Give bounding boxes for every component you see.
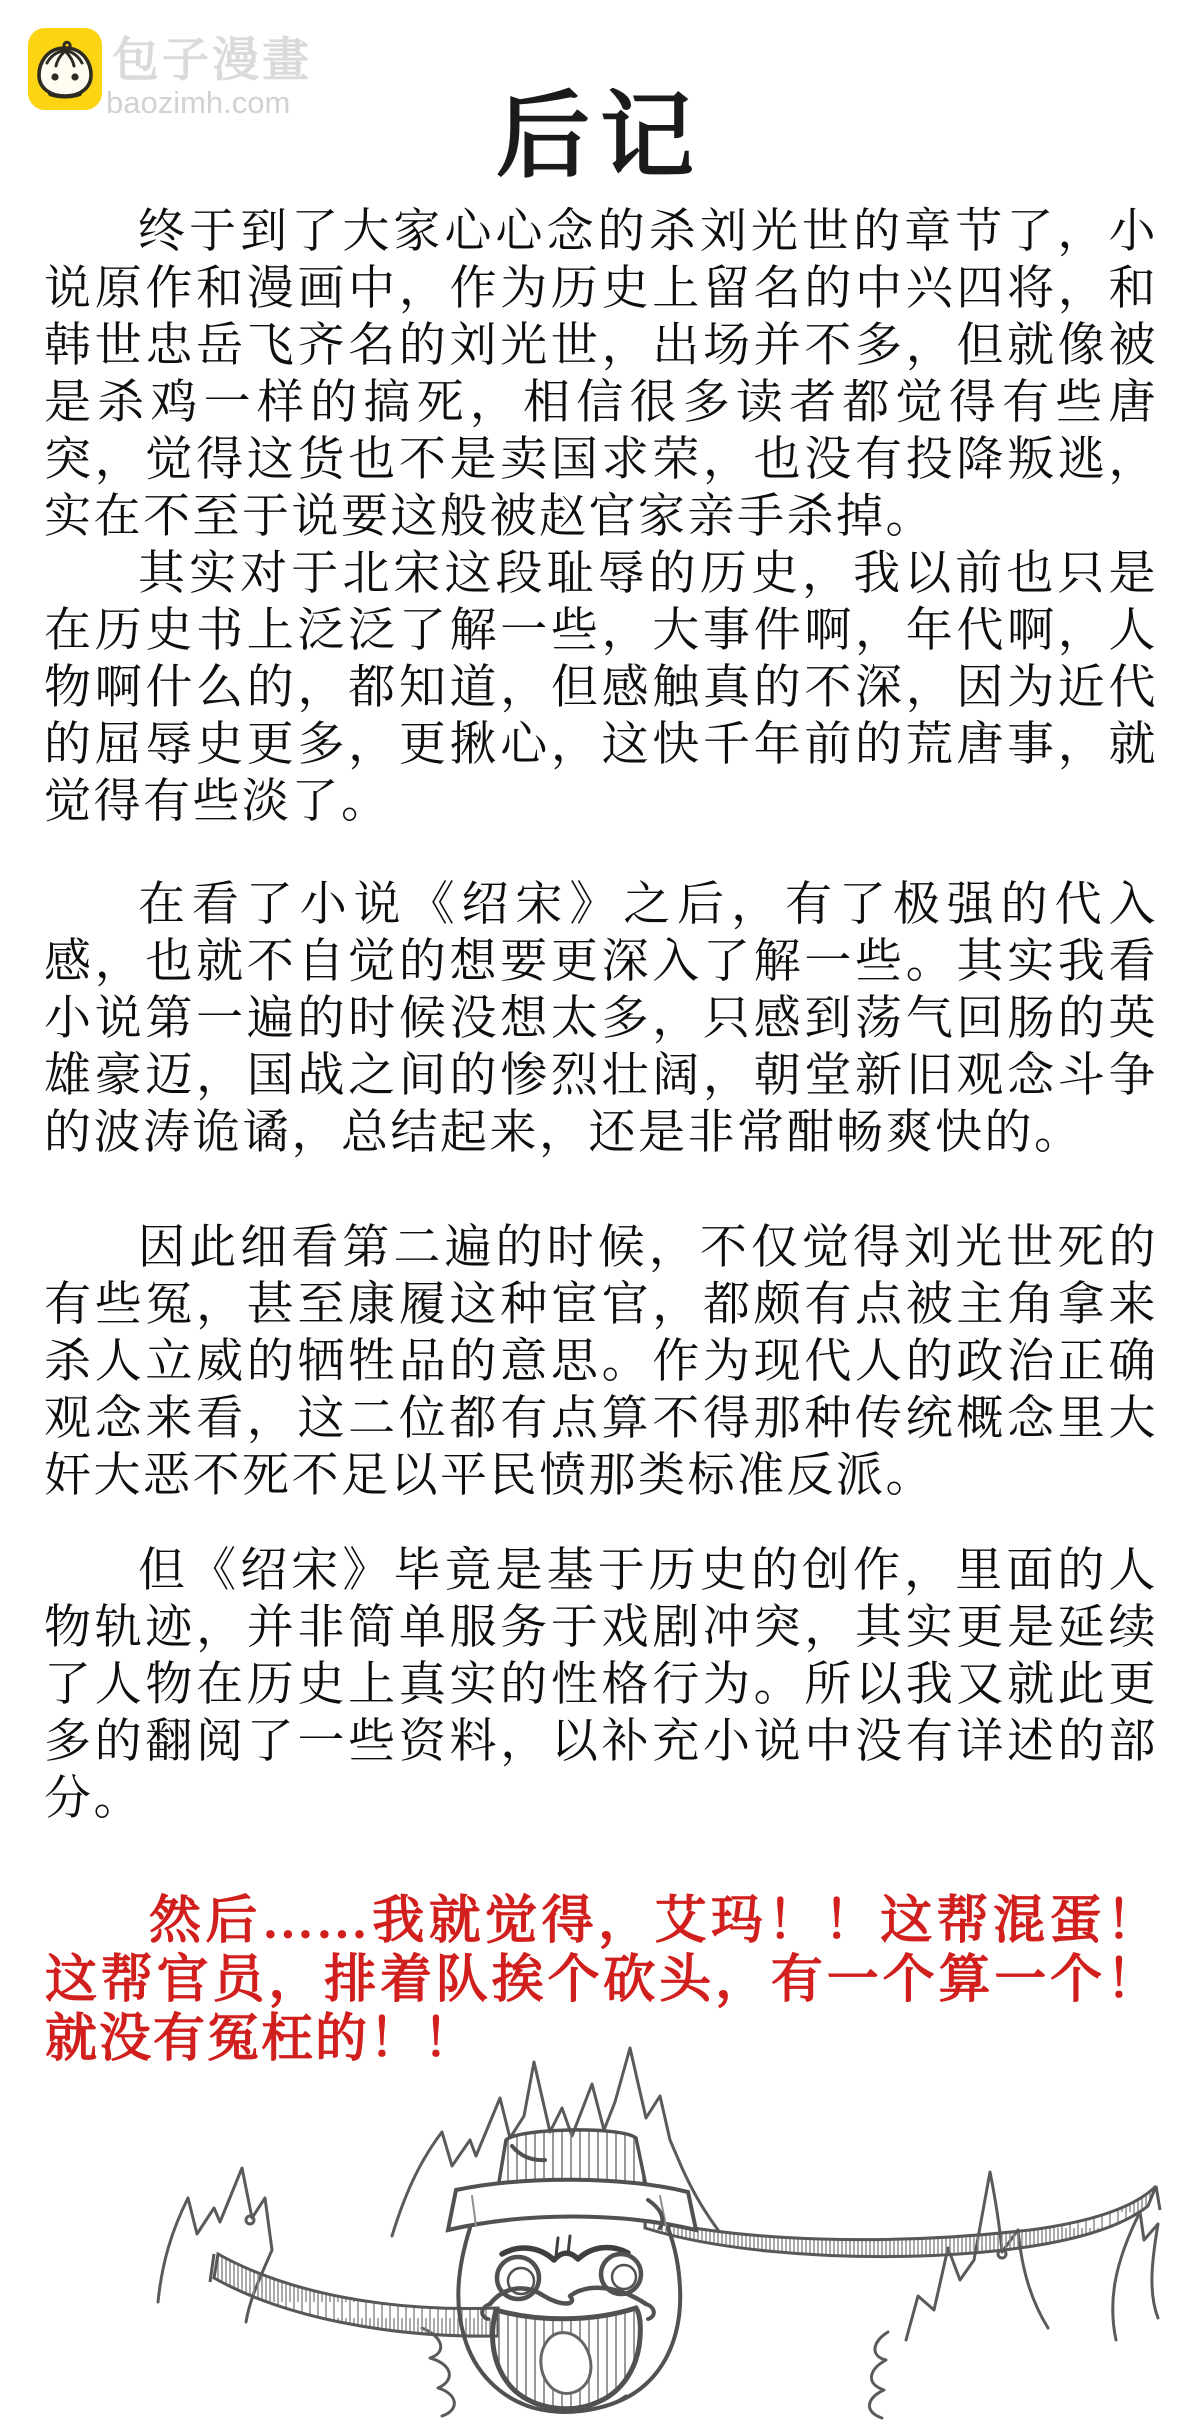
official-hat (448, 2130, 696, 2230)
afterword-paragraph: 因此细看第二遍的时候，不仅觉得刘光世死的有些冤，甚至康履这种宦官，都颇有点被主角… (44, 1218, 1158, 1503)
page-title: 后记 (0, 60, 1200, 195)
angry-official-sketch (100, 2040, 1200, 2424)
angry-face (458, 2228, 680, 2412)
afterword-paragraph: 其实对于北宋这段耻辱的历史，我以前也只是在历史书上泛泛了解一些，大事件啊，年代啊… (44, 544, 1158, 829)
afterword-paragraph: 但《绍宋》毕竟是基于历史的创作，里面的人物轨迹，并非简单服务于戏剧冲突，其实更是… (44, 1541, 1158, 1826)
afterword-paragraph: 在看了小说《绍宋》之后，有了极强的代入感，也就不自觉的想要更深入了解一些。其实我… (44, 875, 1158, 1160)
afterword-body: 终于到了大家心心念的杀刘光世的章节了，小说原作和漫画中，作为历史上留名的中兴四将… (44, 202, 1158, 1826)
page-root: 包子漫畫 baozimh.com 后记 终于到了大家心心念的杀刘光世的章节了，小… (0, 0, 1200, 2424)
afterword-paragraph: 终于到了大家心心念的杀刘光世的章节了，小说原作和漫画中，作为历史上留名的中兴四将… (44, 202, 1158, 544)
